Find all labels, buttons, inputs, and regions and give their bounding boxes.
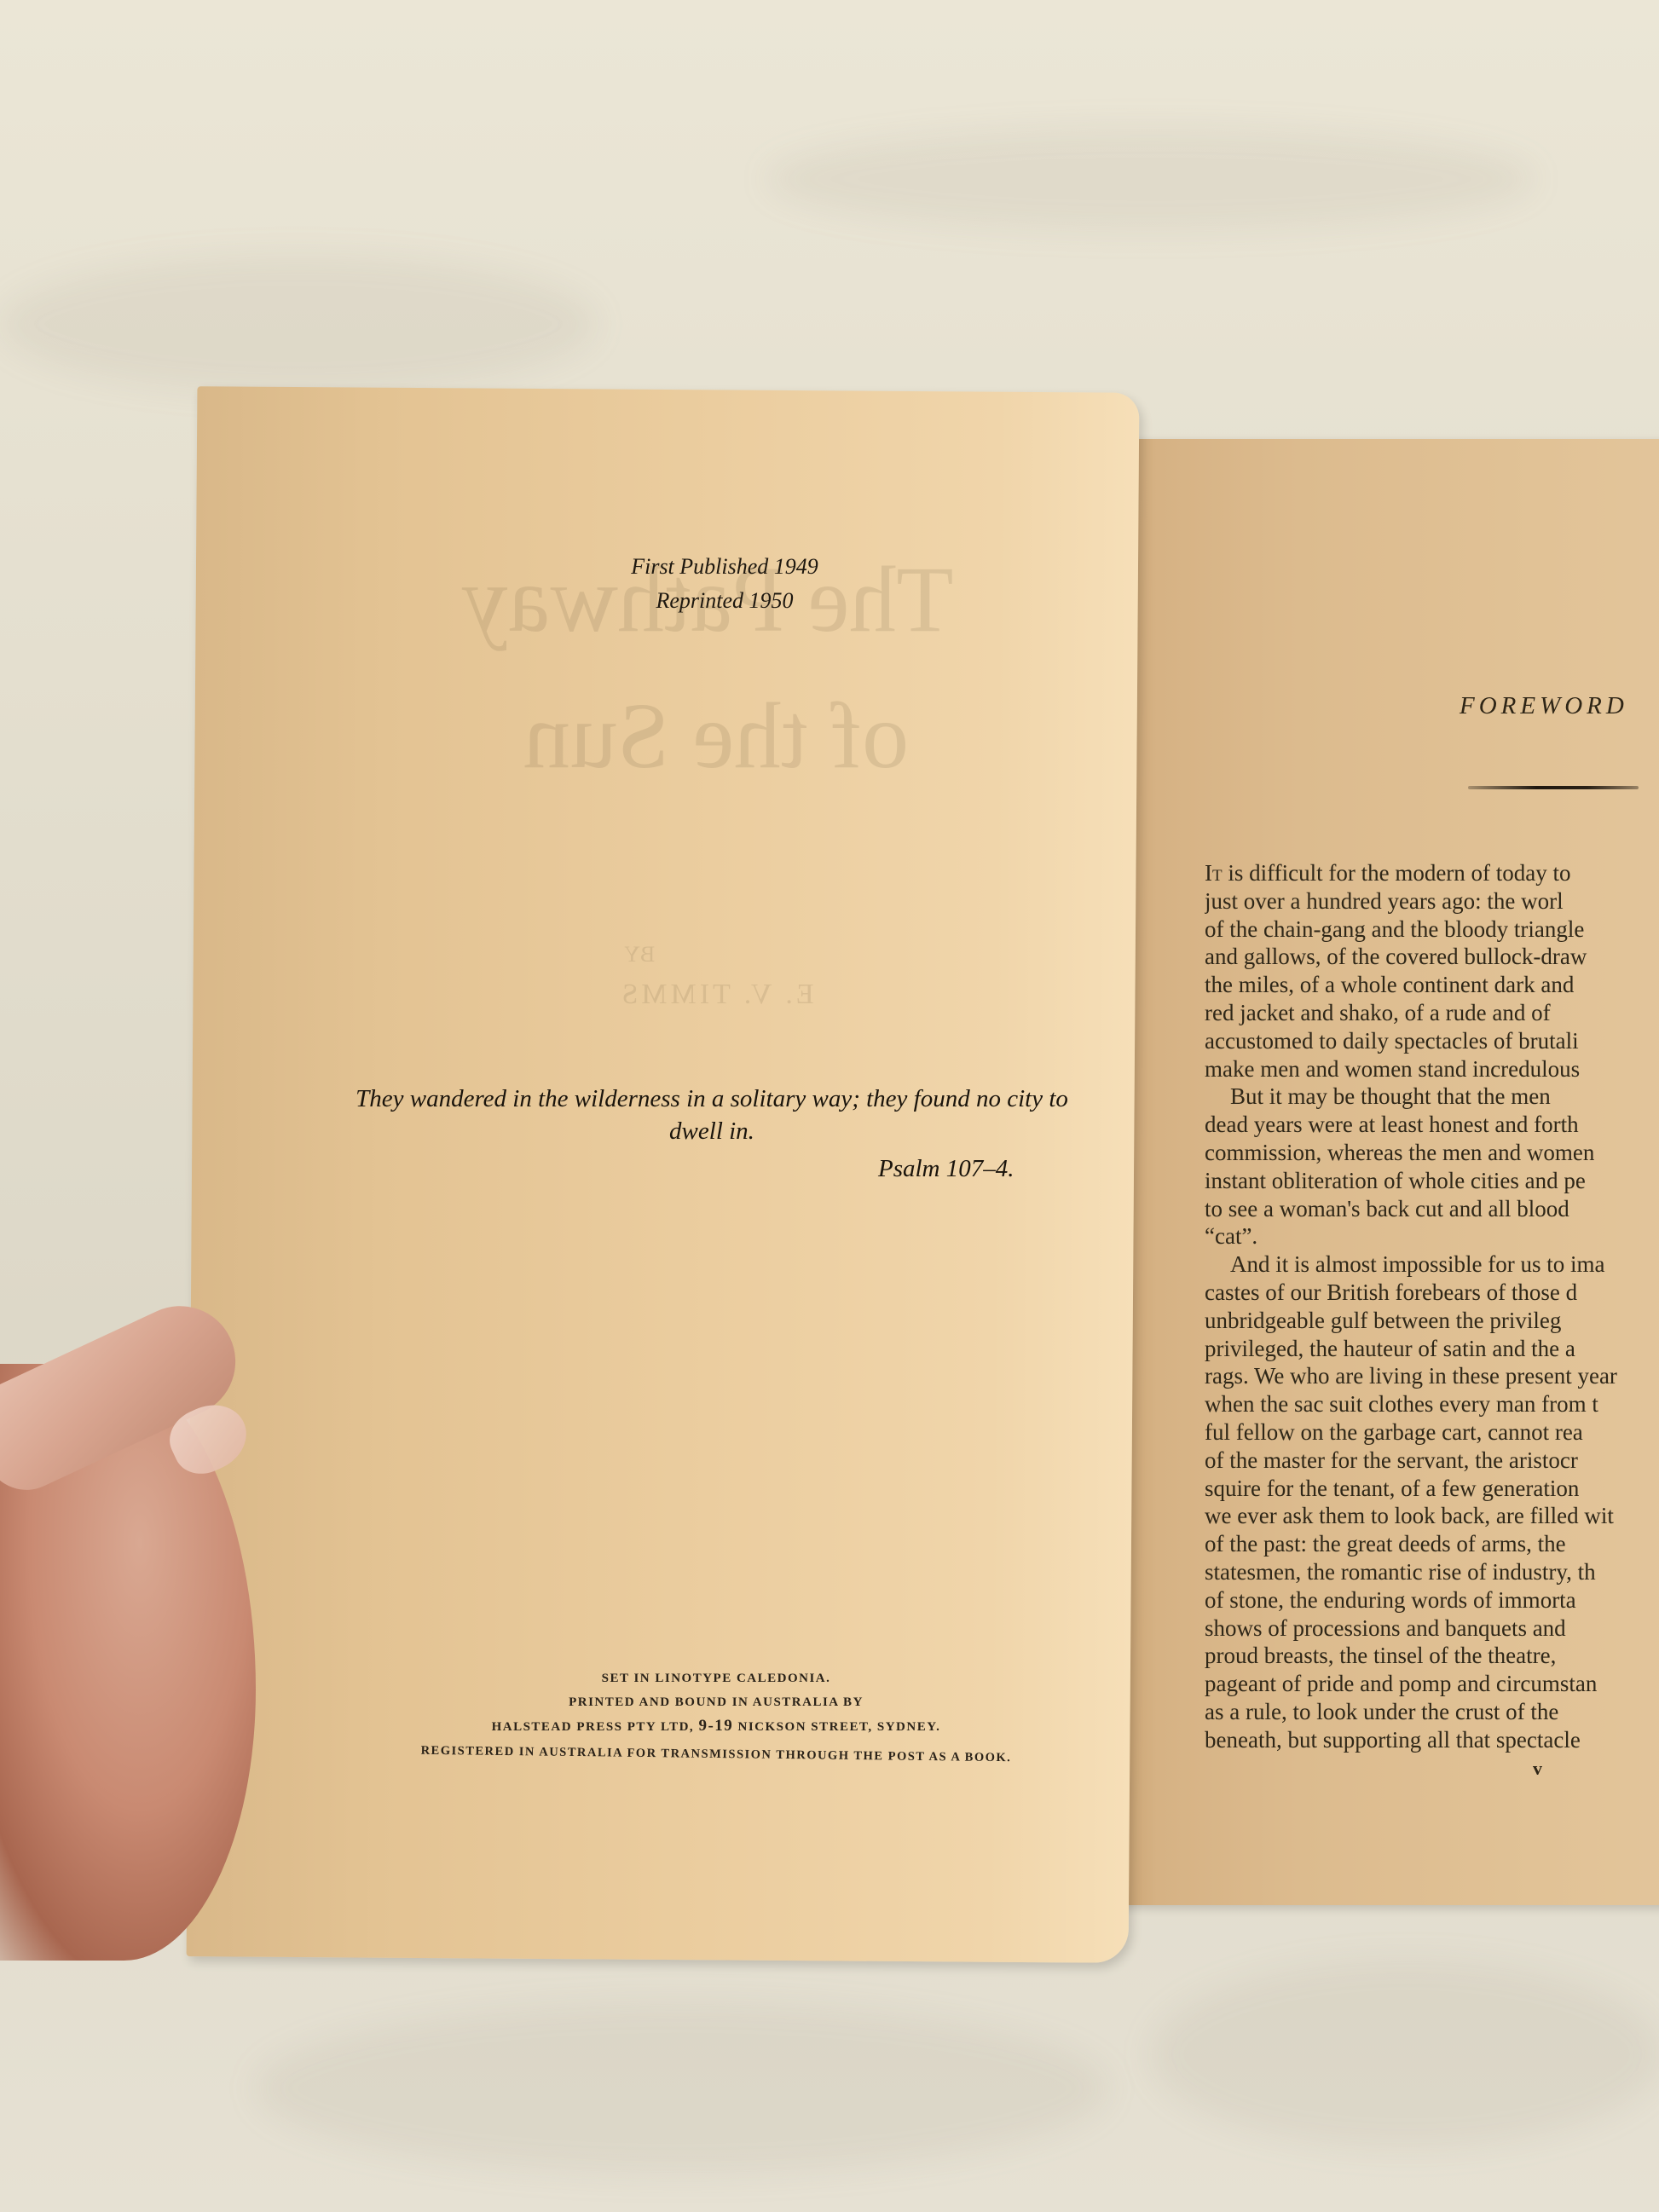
colophon-registered: REGISTERED IN AUSTRALIA FOR TRANSMISSION… [341, 1738, 1091, 1771]
cloth-wrinkle [1151, 1961, 1659, 2148]
text-fragment: is difficult for the modern of today to [1223, 860, 1571, 886]
colophon-printed: PRINTED AND BOUND IN AUSTRALIA BY [341, 1690, 1091, 1714]
text-line: It is difficult for the modern of today … [1205, 859, 1659, 887]
text-line: “cat”. [1205, 1222, 1659, 1250]
publication-info: First Published 1949 Reprinted 1950 [546, 550, 904, 618]
text-line: as a rule, to look under the crust of th… [1205, 1698, 1659, 1726]
text-line: privileged, the hauteur of satin and the… [1205, 1335, 1659, 1363]
text-line: unbridgeable gulf between the privileg [1205, 1307, 1659, 1335]
text-line: accustomed to daily spectacles of brutal… [1205, 1027, 1659, 1055]
text-line: red jacket and shako, of a rude and of [1205, 999, 1659, 1027]
text-line: But it may be thought that the men [1205, 1083, 1659, 1111]
reprinted: Reprinted 1950 [546, 584, 904, 618]
text-line: And it is almost impossible for us to im… [1205, 1250, 1659, 1279]
page-number: v [1533, 1758, 1542, 1780]
text-line: of the chain-gang and the bloody triangl… [1205, 915, 1659, 944]
text-line: rags. We who are living in these present… [1205, 1362, 1659, 1390]
text-line: squire for the tenant, of a few generati… [1205, 1475, 1659, 1503]
text-line: when the sac suit clothes every man from… [1205, 1390, 1659, 1418]
cloth-wrinkle [767, 128, 1535, 230]
cloth-wrinkle [0, 256, 597, 392]
text-line: shows of processions and banquets and [1205, 1614, 1659, 1643]
text-line: proud breasts, the tinsel of the theatre… [1205, 1642, 1659, 1670]
epigraph-source: Psalm 107–4. [878, 1155, 1014, 1183]
text-line: and gallows, of the covered bullock-draw [1205, 943, 1659, 971]
printer-name: HALSTEAD PRESS PTY LTD, [492, 1720, 695, 1734]
text-line: beneath, but supporting all that spectac… [1205, 1726, 1659, 1754]
text-line: we ever ask them to look back, are fille… [1205, 1502, 1659, 1530]
colophon-typeface: SET IN LINOTYPE CALEDONIA. [341, 1666, 1091, 1690]
show-through-author: E. V. TIMMS [580, 979, 853, 1011]
printer-number: 9-19 [698, 1717, 733, 1735]
text-line: just over a hundred years ago: the worl [1205, 887, 1659, 915]
heading-rule [1468, 786, 1639, 789]
colophon-printer: HALSTEAD PRESS PTY LTD, 9-19 NICKSON STR… [341, 1714, 1091, 1739]
colophon: SET IN LINOTYPE CALEDONIA. PRINTED AND B… [341, 1666, 1091, 1766]
drop-word: It [1205, 860, 1223, 886]
text-line: castes of our British forebears of those… [1205, 1279, 1659, 1307]
text-line: to see a woman's back cut and all blood [1205, 1195, 1659, 1223]
text-line: pageant of pride and pomp and circumstan [1205, 1670, 1659, 1698]
epigraph-text: They wandered in the wilderness in a sol… [332, 1083, 1091, 1147]
text-line: the miles, of a whole continent dark and [1205, 971, 1659, 999]
text-line: make men and women stand incredulous [1205, 1055, 1659, 1083]
show-through-by: BY [605, 942, 673, 967]
printer-street: NICKSON STREET, SYDNEY. [738, 1720, 941, 1734]
text-line: of the past: the great deeds of arms, th… [1205, 1530, 1659, 1558]
text-line: commission, whereas the men and women [1205, 1139, 1659, 1167]
text-line: dead years were at least honest and fort… [1205, 1111, 1659, 1139]
text-line: statesmen, the romantic rise of industry… [1205, 1558, 1659, 1586]
foreword-heading: FOREWORD [1460, 692, 1628, 720]
text-line: instant obliteration of whole cities and… [1205, 1167, 1659, 1195]
text-line: of stone, the enduring words of immorta [1205, 1586, 1659, 1614]
show-through-title-line2: of the Sun [477, 682, 955, 790]
text-line: of the master for the servant, the arist… [1205, 1447, 1659, 1475]
cloth-wrinkle [256, 2003, 1108, 2174]
foreword-body-text: It is difficult for the modern of today … [1205, 859, 1659, 1754]
first-published: First Published 1949 [546, 550, 904, 584]
text-line: ful fellow on the garbage cart, cannot r… [1205, 1418, 1659, 1447]
